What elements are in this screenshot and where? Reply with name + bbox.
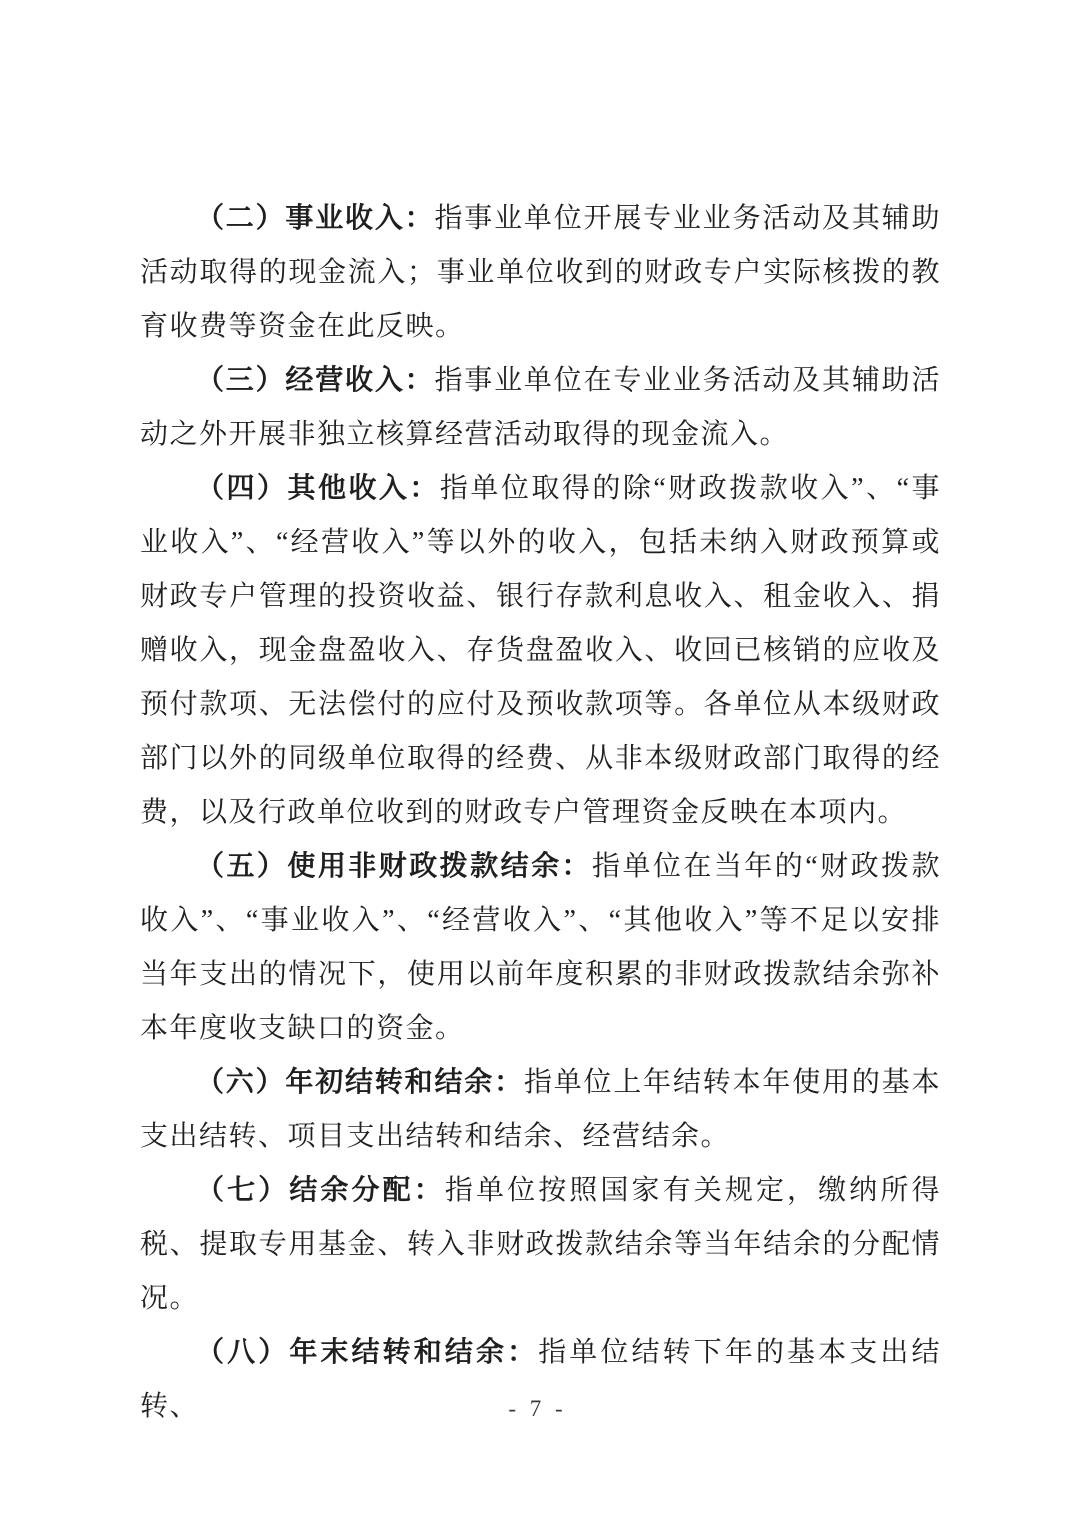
paragraph: （五）使用非财政拨款结余：指单位在当年的“财政拨款收入”、“事业收入”、“经营收… xyxy=(140,840,941,1056)
paragraph-label: （七）结余分配： xyxy=(196,1175,445,1206)
paragraph-label: （六）年初结转和结余： xyxy=(196,1067,524,1098)
paragraph-label: （八）年末结转和结余： xyxy=(196,1337,538,1368)
paragraph: （七）结余分配：指单位按照国家有关规定，缴纳所得税、提取专用基金、转入非财政拨款… xyxy=(140,1164,941,1326)
paragraph: （二）事业收入：指事业单位开展专业业务活动及其辅助活动取得的现金流入；事业单位收… xyxy=(140,192,941,354)
paragraph-body: 指单位取得的除“财政拨款收入”、“事业收入”、“经营收入”等以外的收入，包括未纳… xyxy=(140,473,941,828)
page-number: - 7 - xyxy=(0,1396,1075,1422)
document-page: （二）事业收入：指事业单位开展专业业务活动及其辅助活动取得的现金流入；事业单位收… xyxy=(0,0,1075,1520)
paragraph: （六）年初结转和结余：指单位上年结转本年使用的基本支出结转、项目支出结转和结余、… xyxy=(140,1056,941,1164)
paragraph-label: （四）其他收入： xyxy=(196,473,440,504)
paragraph-label: （五）使用非财政拨款结余： xyxy=(196,851,592,882)
paragraph-label: （三）经营收入： xyxy=(196,365,435,396)
paragraph: （四）其他收入：指单位取得的除“财政拨款收入”、“事业收入”、“经营收入”等以外… xyxy=(140,462,941,840)
paragraph-label: （二）事业收入： xyxy=(196,203,435,234)
document-body: （二）事业收入：指事业单位开展专业业务活动及其辅助活动取得的现金流入；事业单位收… xyxy=(140,192,941,1434)
paragraph: （三）经营收入：指事业单位在专业业务活动及其辅助活动之外开展非独立核算经营活动取… xyxy=(140,354,941,462)
